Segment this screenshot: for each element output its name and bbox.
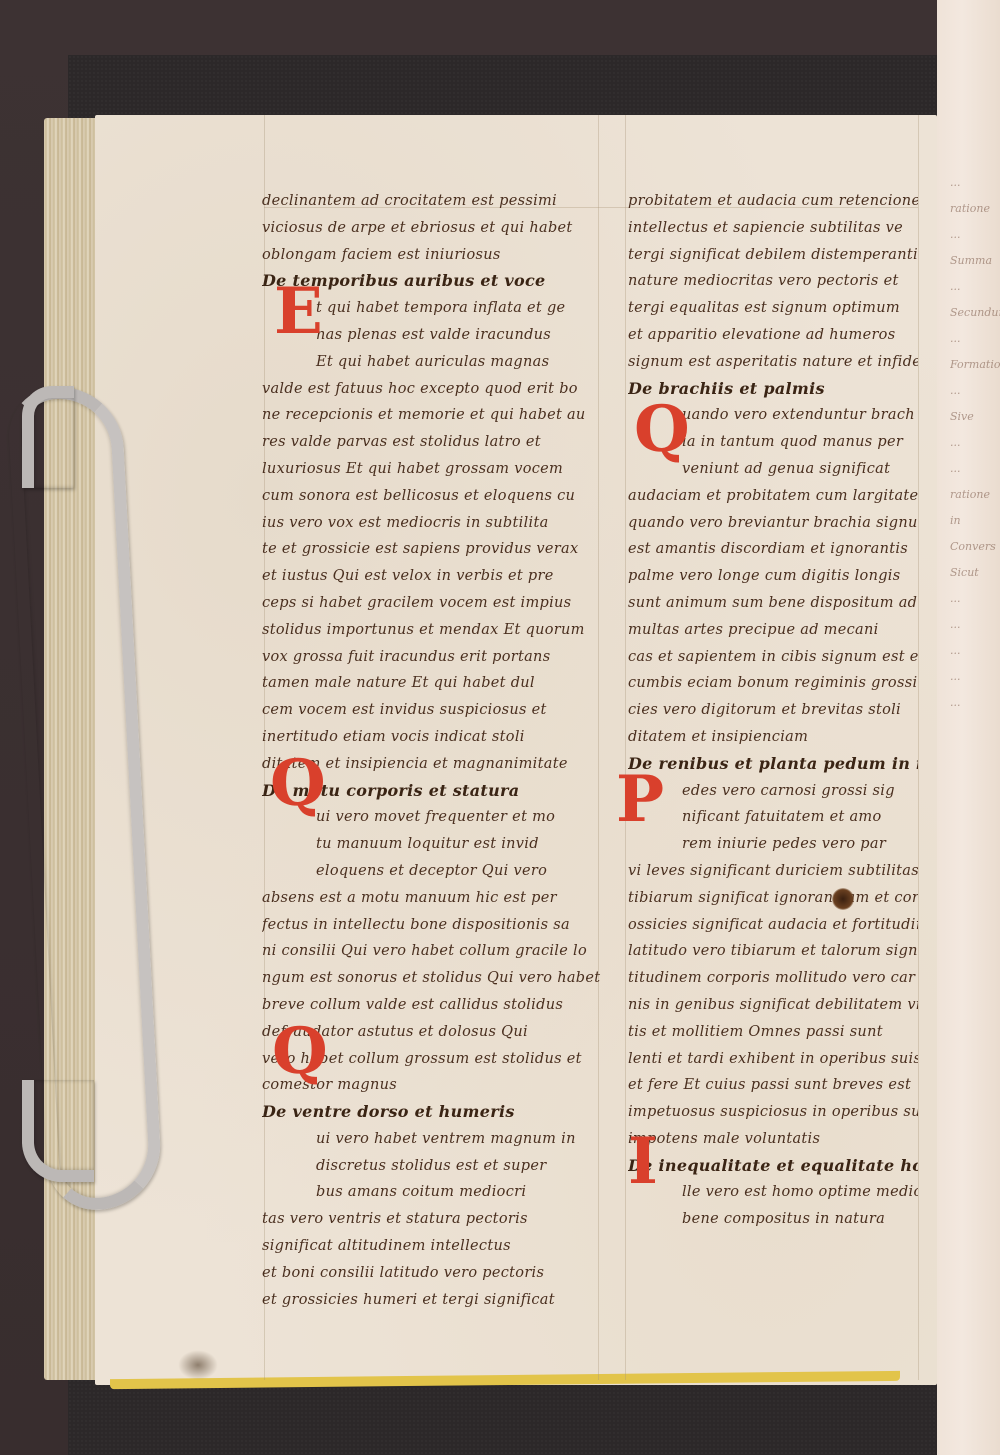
text-line: vox grossa fuit iracundus erit portans (262, 644, 602, 671)
text-line: tergi significat debilem distemperantis (628, 242, 918, 269)
text-line: probitatem et audacia cum retencione (628, 188, 918, 215)
bookmark-cord (22, 1080, 94, 1182)
text-line: et grossicies humeri et tergi significat (262, 1287, 602, 1314)
section-heading: De ventre dorso et humeris (262, 1099, 602, 1126)
text-line: tis et mollitiem Omnes passi sunt (628, 1019, 918, 1046)
red-initial: Q (272, 1020, 328, 1084)
text-line: cum sonora est bellicosus et eloquens cu (262, 483, 602, 510)
text-line: cies vero digitorum et brevitas stoli (628, 697, 918, 724)
red-initial: E (274, 280, 323, 344)
text-line: tergi equalitas est signum optimum (628, 295, 918, 322)
text-line: quando vero breviantur brachia signum (628, 510, 918, 537)
text-line: vi leves significant duriciem subtilitas (628, 858, 918, 885)
bookmark-cord (22, 386, 74, 488)
text-line: tamen male nature Et qui habet dul (262, 670, 602, 697)
text-line: signum est asperitatis nature et infidel… (628, 349, 918, 376)
ruling-line (918, 115, 919, 1380)
text-line: discretus stolidus est et super (262, 1153, 602, 1180)
text-line: et apparitio elevatione ad humeros (628, 322, 918, 349)
facing-page-line: ... (950, 612, 1000, 638)
text-line: declinantem ad crocitatem est pessimi (262, 188, 602, 215)
facing-page-text: ...ratione...Summa...Secundum...Formatio… (950, 170, 1000, 716)
text-line: edes vero carnosi grossi sig (628, 778, 918, 805)
text-line: tu manuum loquitur est invid (262, 831, 602, 858)
text-line: latitudo vero tibiarum et talorum signif… (628, 938, 918, 965)
text-line: res valde parvas est stolidus latro et (262, 429, 602, 456)
text-line: eloquens et deceptor Qui vero (262, 858, 602, 885)
facing-page-line: ... (950, 690, 1000, 716)
facing-page-line: ... (950, 326, 1000, 352)
section-heading: De renibus et planta pedum in ingressu e… (628, 751, 918, 778)
text-line: ui vero habet ventrem magnum in (262, 1126, 602, 1153)
text-line: bene compositus in natura (628, 1206, 918, 1233)
ruling-line (625, 115, 626, 1380)
text-line: valde est fatuus hoc excepto quod erit b… (262, 376, 602, 403)
text-line: ceps si habet gracilem vocem est impius (262, 590, 602, 617)
text-line: tas vero ventris et statura pectoris (262, 1206, 602, 1233)
facing-page-line: ... (950, 274, 1000, 300)
text-line: audaciam et probitatem cum largitate (628, 483, 918, 510)
right-column: probitatem et audacia cum retencioneinte… (628, 188, 918, 1233)
text-line: luxuriosus Et qui habet grossam vocem (262, 456, 602, 483)
ink-stain (832, 888, 854, 910)
text-line: nificant fatuitatem et amo (628, 804, 918, 831)
text-line: impotens male voluntatis (628, 1126, 918, 1153)
text-line: ius vero vox est mediocris in subtilita (262, 510, 602, 537)
text-line: intellectus et sapiencie subtilitas ve (628, 215, 918, 242)
facing-page-line: Sive (950, 404, 1000, 430)
text-line: multas artes precipue ad mecani (628, 617, 918, 644)
facing-page-line: ... (950, 378, 1000, 404)
text-line: et boni consilii latitudo vero pectoris (262, 1260, 602, 1287)
facing-page-line: ... (950, 456, 1000, 482)
text-line: stolidus importunus et mendax Et quorum (262, 617, 602, 644)
text-line: et iustus Qui est velox in verbis et pre (262, 563, 602, 590)
text-line: oblongam faciem est iniuriosus (262, 242, 602, 269)
text-line: cumbis eciam bonum regiminis grossi (628, 670, 918, 697)
text-line: fectus in intellectu bone dispositionis … (262, 912, 602, 939)
text-line: te et grossicie est sapiens providus ver… (262, 536, 602, 563)
text-line: absens est a motu manuum hic est per (262, 885, 602, 912)
red-initial: Q (270, 752, 326, 816)
facing-page-line: ... (950, 664, 1000, 690)
facing-page-line: in (950, 508, 1000, 534)
text-line: ditatem et insipienciam (628, 724, 918, 751)
facing-page-line: ... (950, 430, 1000, 456)
text-line: impetuosus suspiciosus in operibus suis (628, 1099, 918, 1126)
text-line: lenti et tardi exhibent in operibus suis (628, 1046, 918, 1073)
text-line: est amantis discordiam et ignorantis (628, 536, 918, 563)
text-line: nature mediocritas vero pectoris et (628, 268, 918, 295)
red-initial: Q (634, 398, 690, 462)
facing-page-line: ... (950, 222, 1000, 248)
text-line: ossicies significat audacia et fortitudi… (628, 912, 918, 939)
text-line: significat altitudinem intellectus (262, 1233, 602, 1260)
text-line: palme vero longe cum digitis longis (628, 563, 918, 590)
text-line: nis in genibus significat debilitatem vi… (628, 992, 918, 1019)
text-line: ne recepcionis et memorie et qui habet a… (262, 402, 602, 429)
red-initial: P (616, 768, 664, 832)
text-line: ngum est sonorus et stolidus Qui vero ha… (262, 965, 602, 992)
text-line: cem vocem est invidus suspiciosus et (262, 697, 602, 724)
facing-page-line: ... (950, 638, 1000, 664)
text-line: et fere Et cuius passi sunt breves est (628, 1072, 918, 1099)
dirt-stain (178, 1350, 218, 1380)
facing-page-line: ratione (950, 482, 1000, 508)
text-line: bus amans coitum mediocri (262, 1179, 602, 1206)
facing-page-line: Sicut (950, 560, 1000, 586)
text-line: tibiarum significat ignoranciam et corre (628, 885, 918, 912)
text-line: cas et sapientem in cibis signum est et (628, 644, 918, 671)
facing-page-line: Formatio (950, 352, 1000, 378)
red-initial: I (628, 1130, 658, 1194)
text-line: Et qui habet auriculas magnas (262, 349, 602, 376)
facing-page-line: Convers (950, 534, 1000, 560)
facing-page-line: ... (950, 586, 1000, 612)
text-line: viciosus de arpe et ebriosus et qui habe… (262, 215, 602, 242)
text-line: rem iniurie pedes vero par (628, 831, 918, 858)
section-heading: De inequalitate et equalitate hominis (628, 1153, 918, 1180)
text-line: lle vero est homo optime mediocre (628, 1179, 918, 1206)
text-line: sunt animum sum bene dispositum ad (628, 590, 918, 617)
facing-page-line: ... (950, 170, 1000, 196)
text-line: titudinem corporis mollitudo vero car (628, 965, 918, 992)
facing-page-line: ratione (950, 196, 1000, 222)
text-line: ni consilii Qui vero habet collum gracil… (262, 938, 602, 965)
facing-page-line: Secundum (950, 300, 1000, 326)
facing-page-line: Summa (950, 248, 1000, 274)
